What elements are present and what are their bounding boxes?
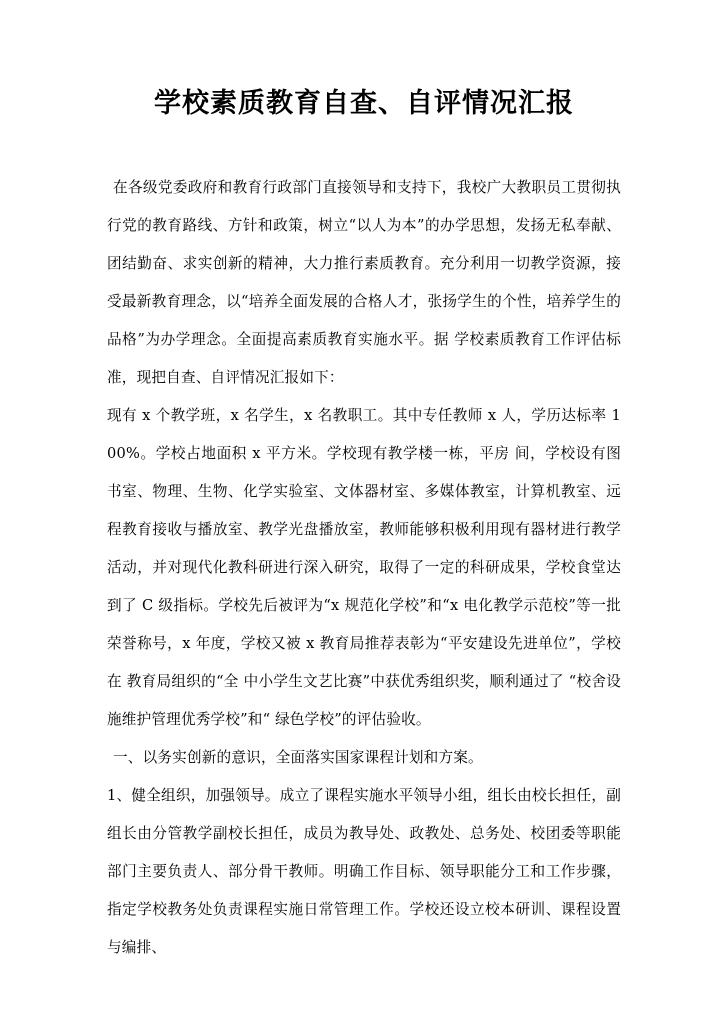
- paragraph-school-overview: 现有 x 个教学班，x 名学生，x 名教职工。其中专任教师 x 人，学历达标率 …: [107, 397, 621, 739]
- document-content: 学校素质教育自查、自评情况汇报 在各级党委政府和教育行政部门直接领导和支持下，我…: [0, 0, 721, 967]
- paragraph-intro: 在各级党委政府和教育行政部门直接领导和支持下，我校广大教职员工贯彻执行党的教育路…: [107, 169, 621, 397]
- paragraph-item-1: 1、健全组织，加强领导。成立了课程实施水平领导小组，组长由校长担任，副组长由分管…: [107, 777, 621, 967]
- paragraph-section-heading-1: 一、以务实创新的意识，全面落实国家课程计划和方案。: [107, 739, 621, 777]
- document-title: 学校素质教育自查、自评情况汇报: [107, 86, 621, 122]
- document-page: 学校素质教育自查、自评情况汇报 在各级党委政府和教育行政部门直接领导和支持下，我…: [0, 0, 721, 1020]
